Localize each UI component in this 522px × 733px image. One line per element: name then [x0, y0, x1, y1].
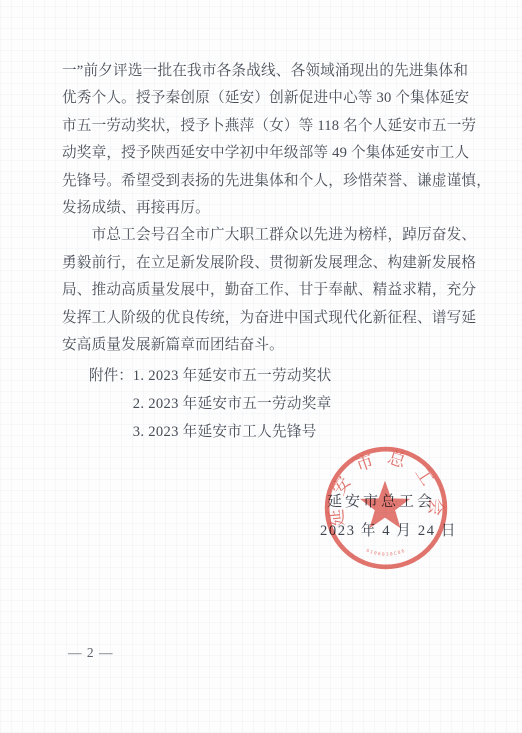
body-text: 一”前夕评选一批在我市各条战线、各领域涌现出的先进集体和优秀个人。授予秦创原（延… — [62, 58, 466, 359]
seal-star-icon — [360, 481, 410, 529]
text-line: 先锋号。希望受到表扬的先进集体和个人，珍惜荣誉、谦虚谨慎， — [62, 168, 466, 195]
attachment-item: 2. 2023 年延安市五一劳动奖章 — [133, 390, 332, 418]
attachment-items: 1. 2023 年延安市五一劳动奖状2. 2023 年延安市五一劳动奖章3. 2… — [133, 362, 332, 446]
attachment-item: 3. 2023 年延安市工人先锋号 — [133, 418, 332, 446]
text-line: 局、推动高质量发展中，勤奋工作、甘于奉献、精益求精，充分 — [62, 277, 466, 304]
document-page: 一”前夕评选一批在我市各条战线、各领域涌现出的先进集体和优秀个人。授予秦创原（延… — [0, 0, 522, 733]
attachment-label: 附件： — [89, 362, 133, 390]
text-line: 发扬成绩、再接再厉。 — [62, 195, 466, 222]
text-line: 动奖章，授予陕西延安中学初中年级部等 49 个集体延安市工人 — [62, 140, 466, 167]
attachment-item: 1. 2023 年延安市五一劳动奖状 — [133, 362, 332, 390]
text-line: 优秀个人。授予秦创原（延安）创新促进中心等 30 个集体延安 — [62, 85, 466, 112]
paragraph-continuation: 一”前夕评选一批在我市各条战线、各领域涌现出的先进集体和优秀个人。授予秦创原（延… — [62, 58, 466, 222]
paragraph-call-to-action: 市总工会号召全市广大职工群众以先进为榜样，踔厉奋发、勇毅前行，在立足新发展阶段、… — [62, 222, 466, 359]
text-line: 一”前夕评选一批在我市各条战线、各领域涌现出的先进集体和 — [62, 58, 466, 85]
text-line: 市五一劳动奖状，授予卜燕萍（女）等 118 名个人延安市五一劳 — [62, 113, 466, 140]
attachment-block: 附件： 1. 2023 年延安市五一劳动奖状2. 2023 年延安市五一劳动奖章… — [89, 362, 332, 446]
text-line: 市总工会号召全市广大职工群众以先进为榜样，踔厉奋发、 — [62, 222, 466, 249]
page-number: — 2 — — [68, 645, 114, 661]
text-line: 安高质量发展新篇章而团结奋斗。 — [62, 332, 466, 359]
seal-code: 6106030C86 — [365, 548, 407, 558]
official-seal: 延安市总工会 6106030C86 — [320, 442, 452, 574]
text-line: 发挥工人阶级的优良传统，为奋进中国式现代化新征程、谱写延 — [62, 305, 466, 332]
text-line: 勇毅前行，在立足新发展阶段、贯彻新发展理念、构建新发展格 — [62, 250, 466, 277]
